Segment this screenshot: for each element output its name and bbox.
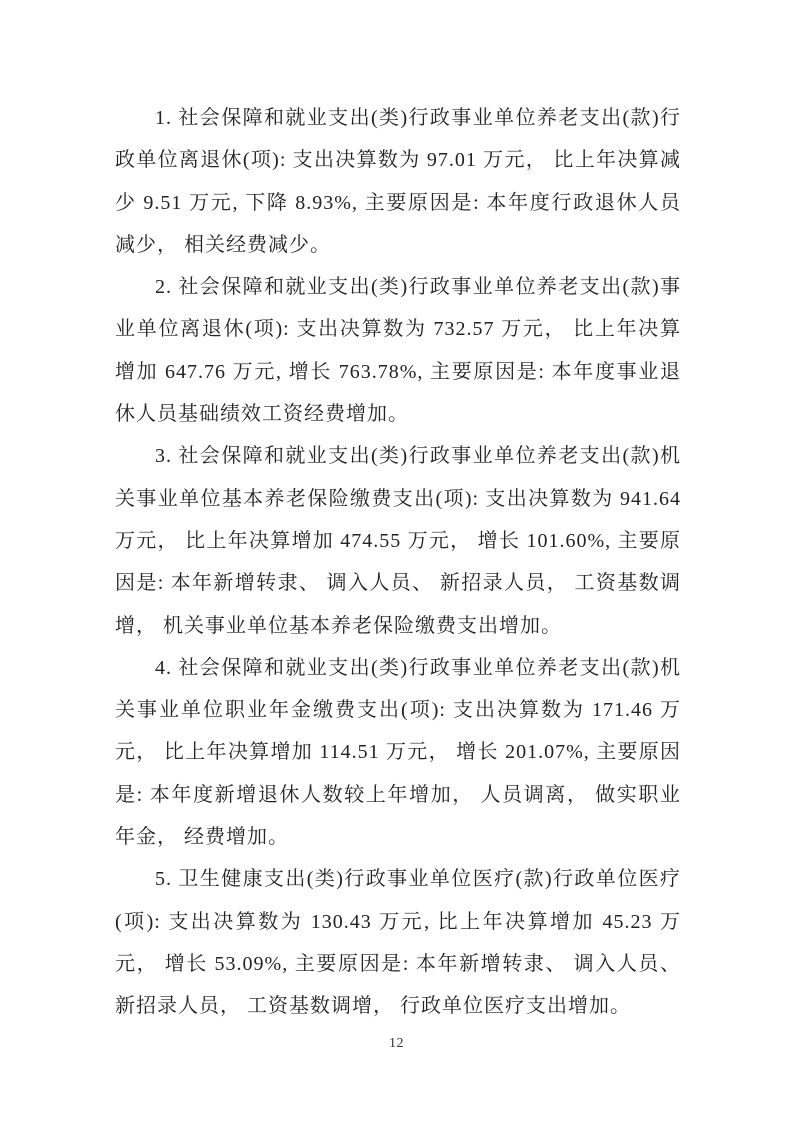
paragraph-1-social-security-admin-retirement: 1. 社会保障和就业支出(类)行政事业单位养老支出(款)行政单位离退休(项): … — [115, 97, 681, 266]
document-page: 1. 社会保障和就业支出(类)行政事业单位养老支出(款)行政单位离退休(项): … — [0, 0, 793, 1122]
paragraph-4-occupational-annuity-contribution: 4. 社会保障和就业支出(类)行政事业单位养老支出(款)机关事业单位职业年金缴费… — [115, 647, 681, 858]
page-number: 12 — [0, 1036, 793, 1052]
document-body: 1. 社会保障和就业支出(类)行政事业单位养老支出(款)行政单位离退休(项): … — [115, 97, 681, 1028]
paragraph-5-health-expenditure-admin-medical: 5. 卫生健康支出(类)行政事业单位医疗(款)行政单位医疗(项): 支出决算数为… — [115, 858, 681, 1027]
paragraph-3-basic-pension-insurance-contribution: 3. 社会保障和就业支出(类)行政事业单位养老支出(款)机关事业单位基本养老保险… — [115, 435, 681, 646]
paragraph-2-social-security-institution-retirement: 2. 社会保障和就业支出(类)行政事业单位养老支出(款)事业单位离退休(项): … — [115, 266, 681, 435]
